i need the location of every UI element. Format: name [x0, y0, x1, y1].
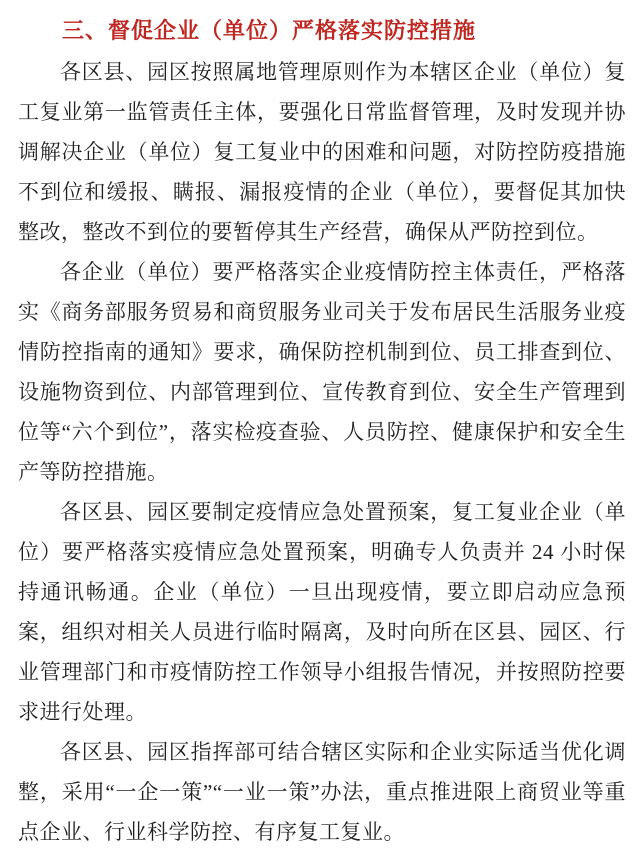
document-page: 三、督促企业（单位）严格落实防控措施 各区县、园区按照属地管理原则作为本辖区企业… [0, 0, 640, 867]
paragraph-one-policy: 各区县、园区指挥部可结合辖区实际和企业实际适当优化调整，采用“一企一策”“一业一… [18, 732, 626, 852]
paragraph-emergency-plan: 各区县、园区要制定疫情应急处置预案，复工复业企业（单位）要严格落实疫情应急处置预… [18, 492, 626, 732]
paragraph-enterprise-responsibility: 各企业（单位）要严格落实企业疫情防控主体责任，严格落实《商务部服务贸易和商贸服务… [18, 252, 626, 492]
section-heading: 三、督促企业（单位）严格落实防控措施 [18, 10, 626, 52]
paragraph-supervision: 各区县、园区按照属地管理原则作为本辖区企业（单位）复工复业第一监管责任主体，要强… [18, 52, 626, 252]
